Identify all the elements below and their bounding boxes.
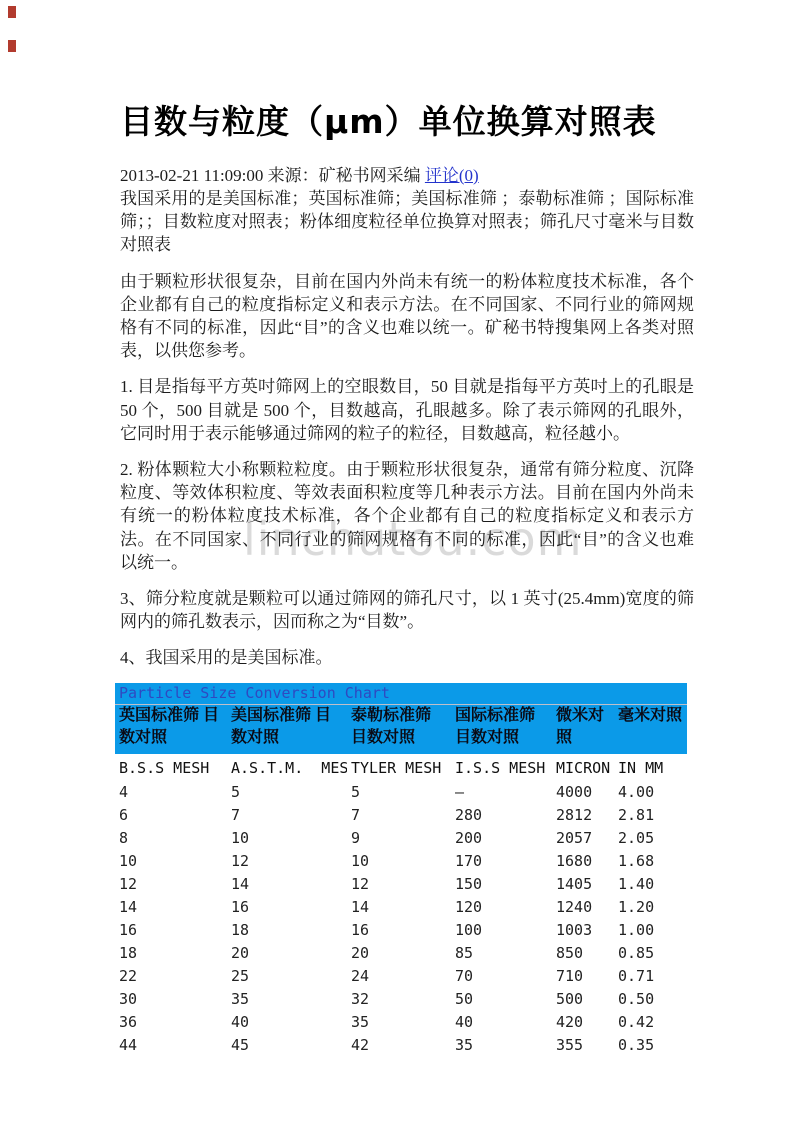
table-cell: 280 [451,804,552,827]
table-cell: — [451,781,552,804]
table-cell: 1680 [552,850,614,873]
table-cell: 850 [552,942,614,965]
column-header-en: B.S.S MESH [115,754,227,781]
table-cell: 120 [451,896,552,919]
table-cell: 20 [347,942,451,965]
table-body: 455—40004.0067728028122.81810920020572.0… [115,781,687,1057]
column-header-en: TYLER MESH [347,754,451,781]
table-cell: 10 [227,827,347,850]
table-en-header-row: B.S.S MESH A.S.T.M. MESH TYLER MESH I.S.… [115,754,687,781]
paragraph-item-4: 4、我国采用的是美国标准。 [120,646,694,669]
table-row: 14161412012401.20 [115,896,687,919]
table-cell: 0.35 [614,1034,687,1057]
table-cell: 50 [451,988,552,1011]
table-cell: 10 [115,850,227,873]
table-cell: 18 [115,942,227,965]
table-cell: 14 [227,873,347,896]
table-cell: 0.42 [614,1011,687,1034]
column-header-cn: 国际标准筛 目数对照 [451,704,552,754]
table-cell: 9 [347,827,451,850]
conversion-table: Particle Size Conversion Chart 英国标准筛 目数对… [115,683,687,1057]
table-row: 12141215014051.40 [115,873,687,896]
table-cell: 14 [115,896,227,919]
table-cell: 500 [552,988,614,1011]
table-cell: 32 [347,988,451,1011]
table-row: 455—40004.00 [115,781,687,804]
paragraph-intro: 由于颗粒形状很复杂，目前在国内外尚未有统一的粉体粒度技术标准，各个企业都有自己的… [120,270,694,363]
table-cell: 1.68 [614,850,687,873]
table-chart-title: Particle Size Conversion Chart [115,683,687,705]
table-cell: 35 [347,1011,451,1034]
column-header-cn: 毫米对照 [614,704,687,754]
publish-datetime: 2013-02-21 11:09:00 [120,166,263,185]
table-cell: 35 [451,1034,552,1057]
table-cell: 12 [227,850,347,873]
table-cell: 0.50 [614,988,687,1011]
column-header-en: IN MM [614,754,687,781]
table-row: 67728028122.81 [115,804,687,827]
table-cell: 8 [115,827,227,850]
article-meta: 2013-02-21 11:09:00 来源：矿秘书网采编 评论(0) [120,164,694,187]
column-header-cn: 英国标准筛 目数对照 [115,704,227,754]
table-cell: 45 [227,1034,347,1057]
table-row: 810920020572.05 [115,827,687,850]
table-cell: 70 [451,965,552,988]
table-cell: 4 [115,781,227,804]
column-header-cn: 泰勒标准筛 目数对照 [347,704,451,754]
table-cell: 2.81 [614,804,687,827]
table-cell: 2.05 [614,827,687,850]
table-cell: 1003 [552,919,614,942]
table-cell: 20 [227,942,347,965]
table-cell: 30 [115,988,227,1011]
page-title: 目数与粒度（μm）单位换算对照表 [120,96,694,143]
table-cell: 1.00 [614,919,687,942]
table-cell: 420 [552,1011,614,1034]
table-cell: 2057 [552,827,614,850]
document-page: linchutou.com 目数与粒度（μm）单位换算对照表 2013-02-2… [0,0,800,1132]
table-cell: 16 [227,896,347,919]
table-cell: 355 [552,1034,614,1057]
table-cell: 40 [451,1011,552,1034]
paragraph-keywords: 我国采用的是美国标准；英国标准筛；美国标准筛 ；泰勒标准筛 ；国际标准筛；；目数… [120,187,694,257]
table-cell: 5 [347,781,451,804]
table-cell: 25 [227,965,347,988]
table-cell: 5 [227,781,347,804]
table-cell: 2812 [552,804,614,827]
table-row: 364035404200.42 [115,1011,687,1034]
table-cell: 1240 [552,896,614,919]
table-cell: 40 [227,1011,347,1034]
table-cell: 200 [451,827,552,850]
column-header-en: A.S.T.M. MESH [227,754,347,781]
table-cell: 710 [552,965,614,988]
table-row: 444542353550.35 [115,1034,687,1057]
table-cell: 150 [451,873,552,896]
table-row: 222524707100.71 [115,965,687,988]
table-cell: 36 [115,1011,227,1034]
table-cell: 10 [347,850,451,873]
table-cell: 42 [347,1034,451,1057]
table-cell: 1.20 [614,896,687,919]
table-cell: 12 [347,873,451,896]
table-row: 10121017016801.68 [115,850,687,873]
table-cn-header-row: 英国标准筛 目数对照 美国标准筛 目数对照 泰勒标准筛 目数对照 国际标准筛 目… [115,704,687,754]
paragraph-item-3: 3、筛分粒度就是颗粒可以通过筛网的筛孔尺寸，以 1 英寸(25.4mm)宽度的筛… [120,587,694,633]
table-row: 16181610010031.00 [115,919,687,942]
table-cell: 6 [115,804,227,827]
table-cell: 1.40 [614,873,687,896]
table-row: 182020858500.85 [115,942,687,965]
table-cell: 4000 [552,781,614,804]
table-cell: 24 [347,965,451,988]
table-cell: 44 [115,1034,227,1057]
table-cell: 85 [451,942,552,965]
table-cell: 16 [115,919,227,942]
table-cell: 7 [347,804,451,827]
table-cell: 16 [347,919,451,942]
table-cell: 170 [451,850,552,873]
comments-link[interactable]: 评论(0) [425,166,479,185]
table-row: 303532505000.50 [115,988,687,1011]
table-cell: 100 [451,919,552,942]
table-cell: 0.71 [614,965,687,988]
table-cell: 12 [115,873,227,896]
table-chart-title-row: Particle Size Conversion Chart [115,683,687,705]
paragraph-item-2: 2. 粉体颗粒大小称颗粒粒度。由于颗粒形状很复杂，通常有筛分粒度、沉降粒度、等效… [120,458,694,574]
table-cell: 14 [347,896,451,919]
scan-artifact-mark [8,6,16,18]
table-cell: 4.00 [614,781,687,804]
table-cell: 18 [227,919,347,942]
paragraph-item-1: 1. 目是指每平方英吋筛网上的空眼数目，50 目就是指每平方英吋上的孔眼是 50… [120,375,694,445]
table-cell: 7 [227,804,347,827]
column-header-en: I.S.S MESH [451,754,552,781]
column-header-cn: 微米对照 [552,704,614,754]
article-body: 目数与粒度（μm）单位换算对照表 2013-02-21 11:09:00 来源：… [120,96,694,1057]
table-cell: 0.85 [614,942,687,965]
source-label: 来源：矿秘书网采编 [268,166,421,185]
column-header-en: MICRON [552,754,614,781]
table-cell: 35 [227,988,347,1011]
table-cell: 22 [115,965,227,988]
table-cell: 1405 [552,873,614,896]
column-header-cn: 美国标准筛 目数对照 [227,704,347,754]
scan-artifact-mark [8,40,16,52]
